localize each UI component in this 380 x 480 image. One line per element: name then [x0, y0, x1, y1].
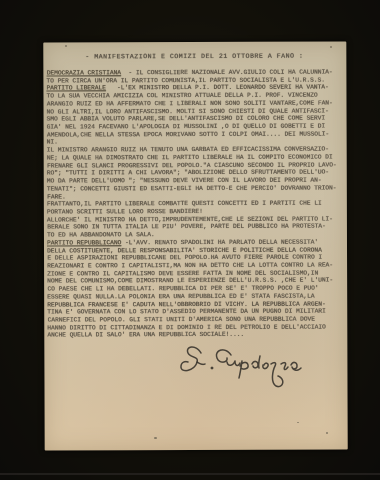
underlined-heading: PARTITO LIBERALE [46, 85, 105, 92]
text-line: BERALE SONO IN TUTTA ITALIA LE PIU' POVE… [47, 223, 343, 232]
paper-speck [326, 432, 328, 434]
photo-edge-line [0, 473, 380, 475]
text-line: FARE. [47, 192, 343, 201]
underlined-heading: PARTITO REPUBBLICANO [47, 239, 121, 246]
text-line: FRENARE GLI SLANCI PROGRESSIVI DEL POPOL… [47, 161, 343, 170]
text-line: AMENDOLA,CHE NELLA STESSA EPOCA MORIVANO… [47, 130, 343, 139]
text-line: CARNEFICI DEL POPOLO. GLI STATI UNITI D'… [48, 315, 344, 324]
signature-handwriting [170, 340, 312, 398]
text-line: CO PAESE CHE LI HA DEBELLATI. REPUBBLICA… [47, 285, 343, 294]
document-body: DEMOCRAZIA CRISTIANA - IL CONSIGLIERE NA… [46, 68, 343, 339]
paper-speck [297, 422, 299, 423]
text-line: ANCHE QUELLA DI SALO' ERA UNA REPUBBLICA… [47, 331, 343, 340]
underlined-heading: DEMOCRAZIA CRISTIANA [47, 69, 121, 76]
paper-speck [154, 437, 157, 439]
paper-speck [65, 45, 67, 47]
document-title: - MANIFESTAZIONI E COMIZI DEL 21 OTTOBRE… [46, 52, 342, 61]
text-line: E DELLE ASPIRAZIONI REPUBBLICANE DEL POP… [47, 254, 343, 263]
text-line: DEMOCRAZIA CRISTIANA - IL CONSIGLIERE NA… [47, 68, 343, 77]
text-line: ARANGIO RUIZ ED HA AFFERMATO CHE I LIBER… [47, 99, 343, 108]
paper-speck [330, 46, 332, 48]
